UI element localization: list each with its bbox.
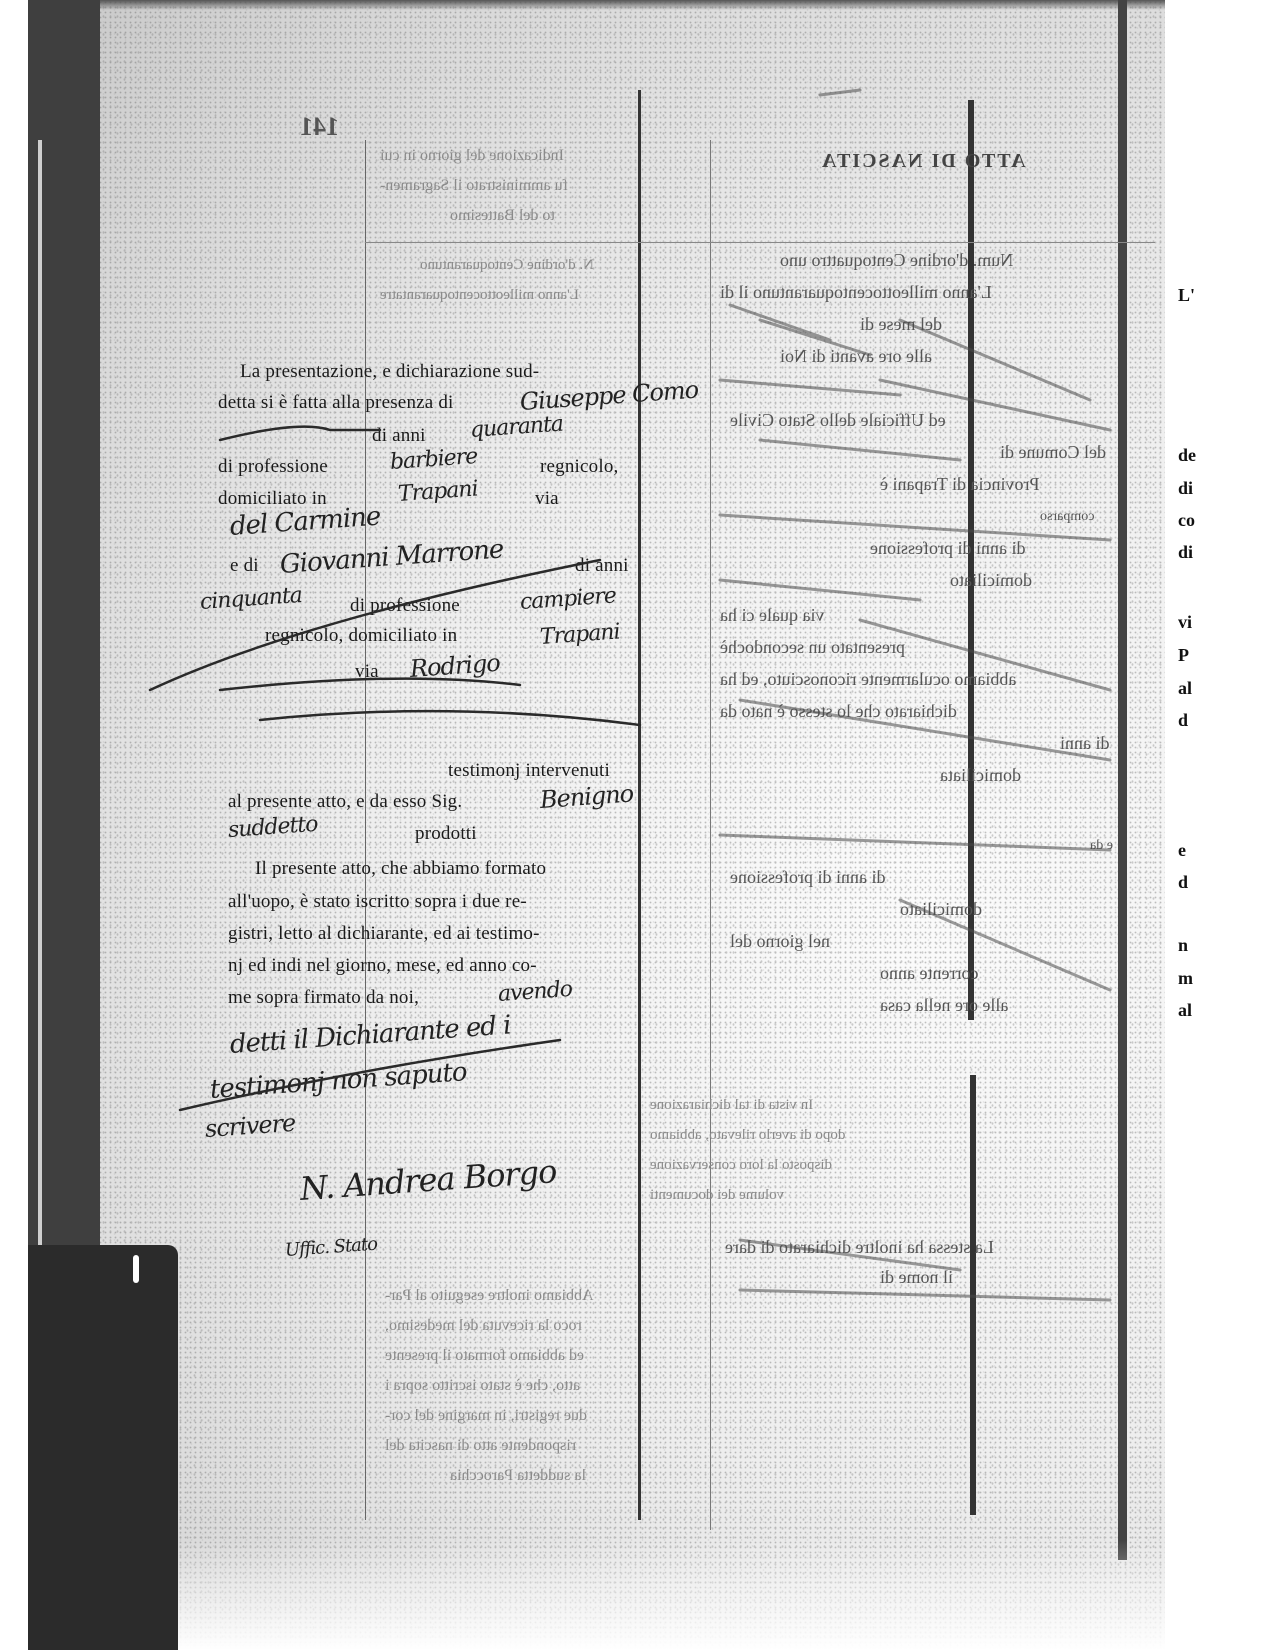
- bottom-fade: [178, 1540, 1218, 1650]
- margin-fragment: al: [1178, 1000, 1192, 1021]
- scanned-document-page: 141 ATTO DI NASCITA Indicazione del gior…: [0, 0, 1276, 1650]
- margin-fragment: di: [1178, 542, 1193, 563]
- margin-fragment: co: [1178, 510, 1195, 531]
- margin-fragment: m: [1178, 968, 1193, 989]
- margin-fragment: e: [1178, 840, 1186, 861]
- margin-fragment: n: [1178, 935, 1188, 956]
- margin-fragment: d: [1178, 710, 1188, 731]
- margin-fragment: d: [1178, 872, 1188, 893]
- margin-fragment: al: [1178, 678, 1192, 699]
- handwriting-strokes: [0, 0, 1276, 1650]
- margin-fragment: vi: [1178, 612, 1192, 633]
- margin-fragment: L': [1178, 285, 1195, 306]
- margin-fragment: P: [1178, 645, 1189, 666]
- margin-fragment: di: [1178, 478, 1193, 499]
- margin-fragment: de: [1178, 445, 1196, 466]
